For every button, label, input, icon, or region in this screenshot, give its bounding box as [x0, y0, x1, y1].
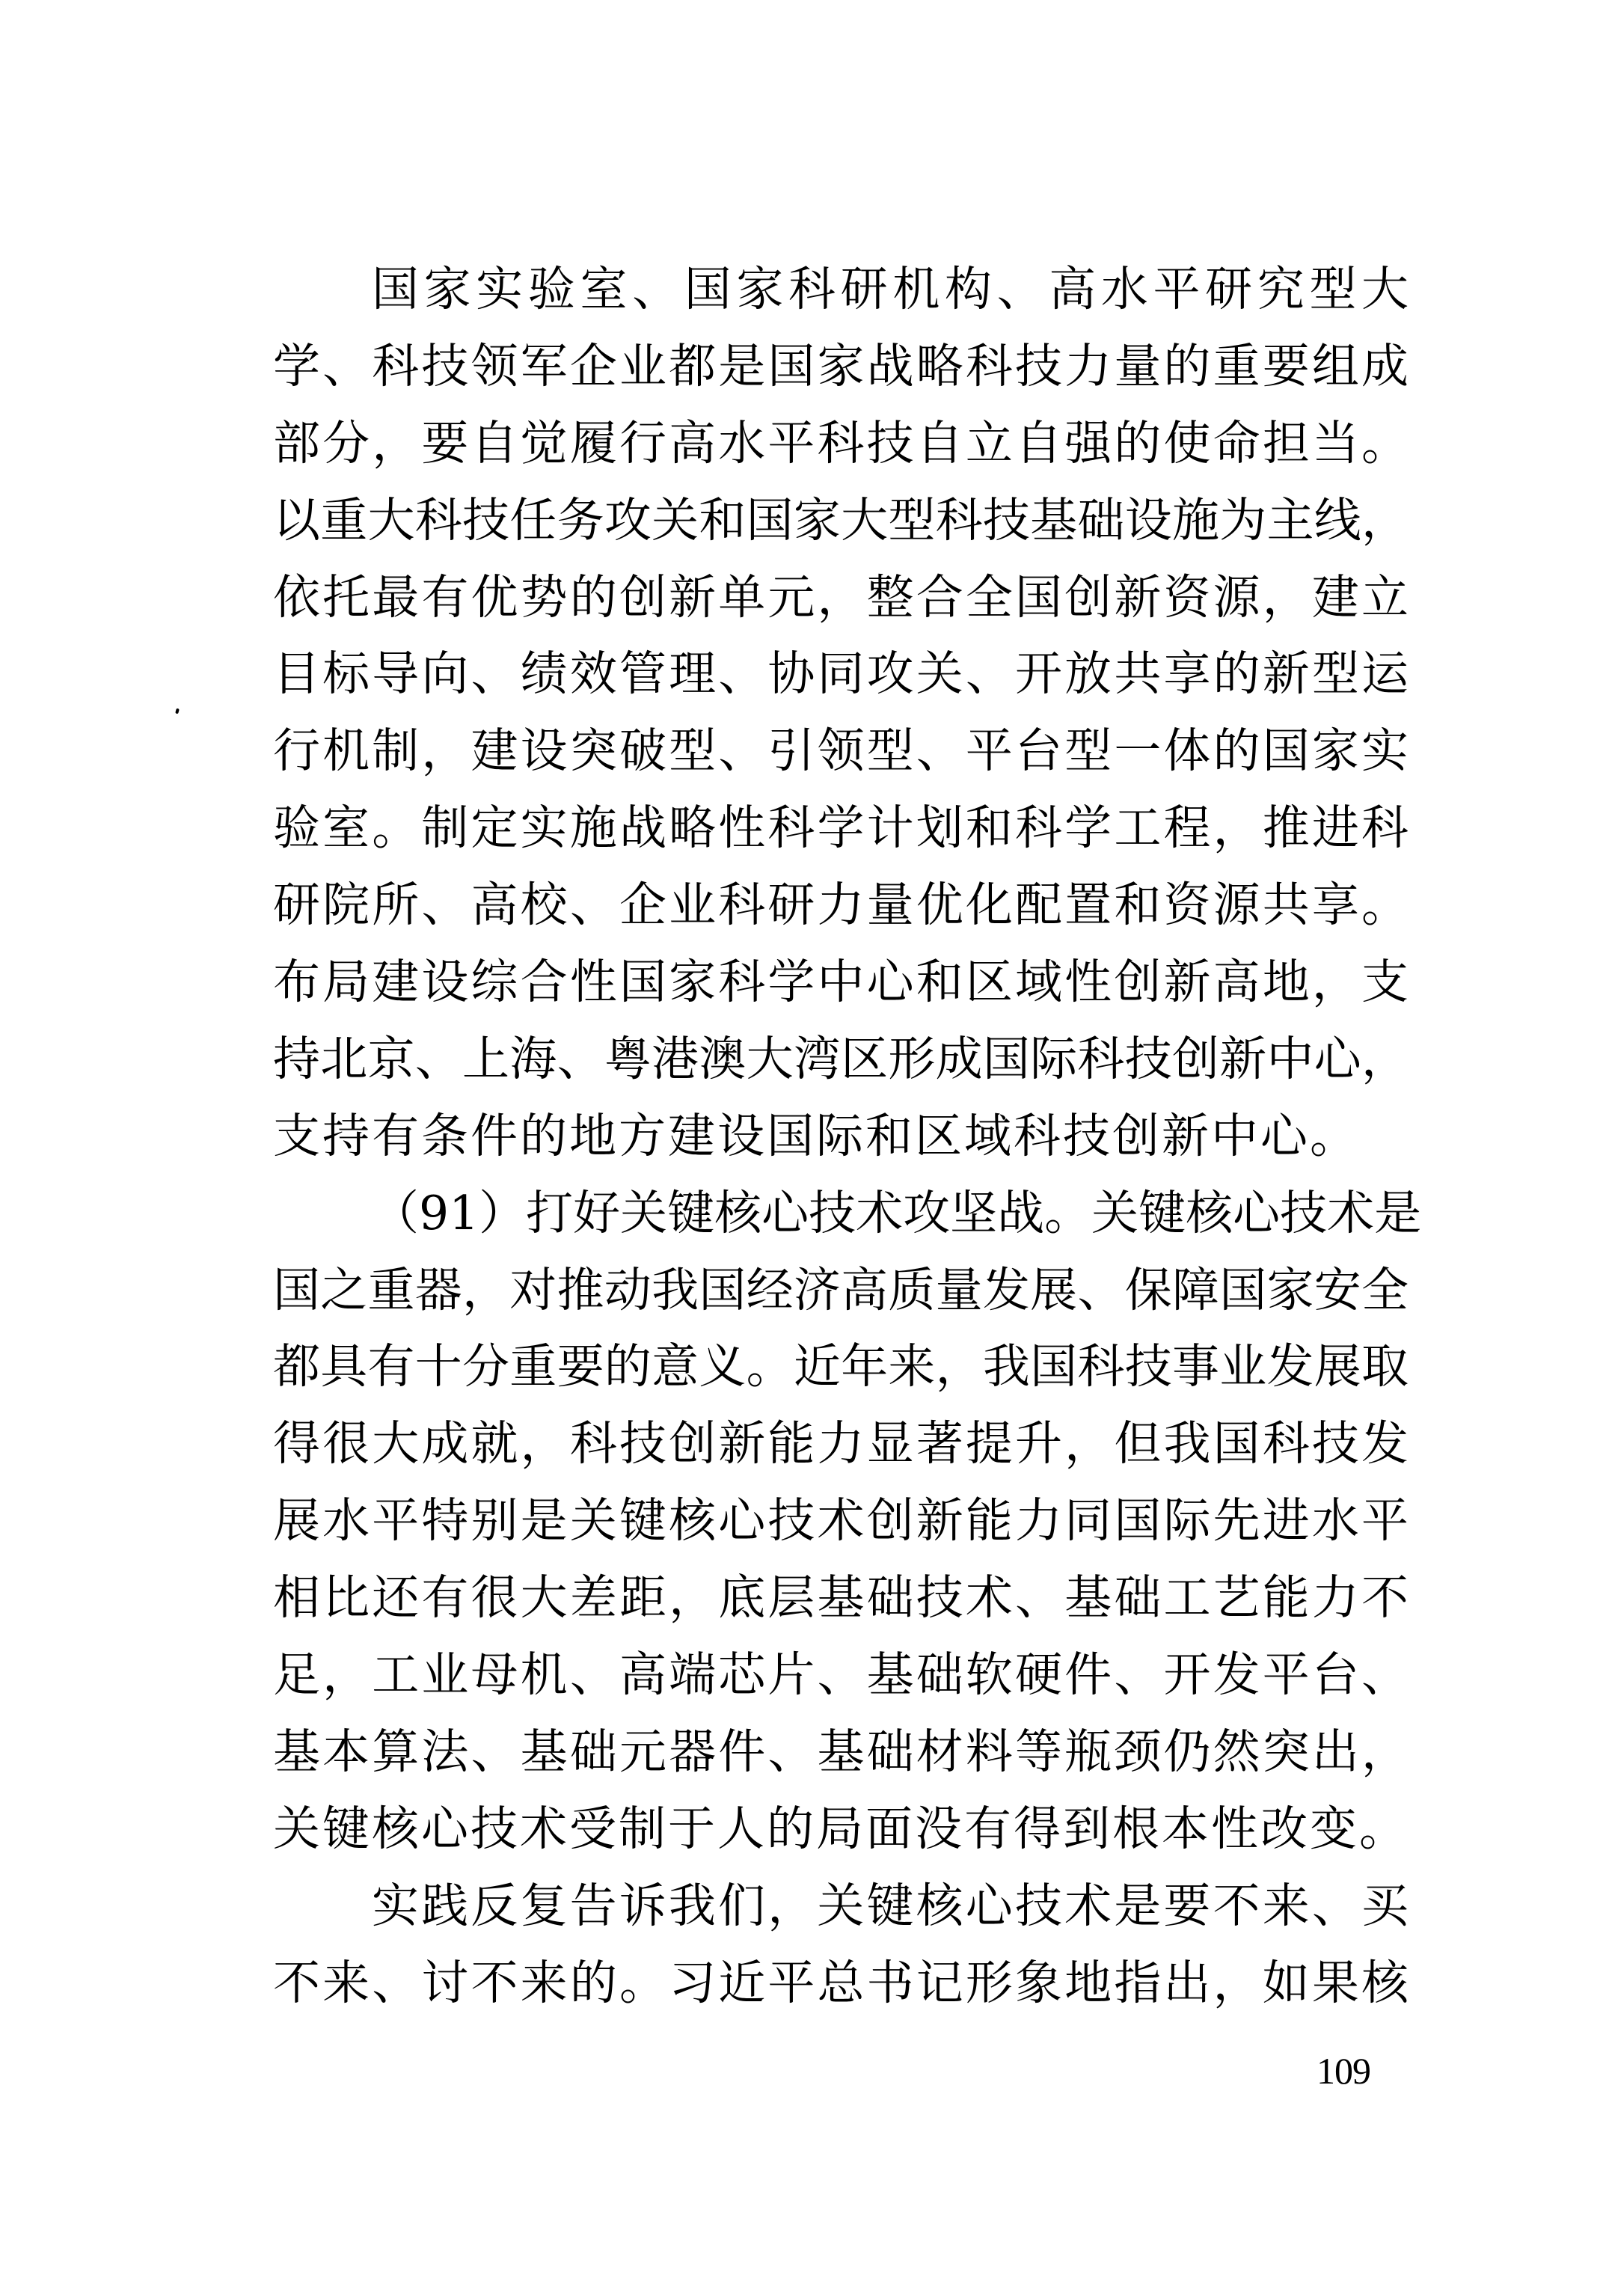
- text-line: 目标导向、绩效管理、协同攻关、开放共享的新型运: [273, 636, 1409, 713]
- text-line: 足，工业母机、高端芯片、基础软硬件、开发平台、: [273, 1637, 1409, 1714]
- text-line: 部分，要自觉履行高水平科技自立自强的使命担当。: [273, 405, 1409, 483]
- book-page: 国家实验室、国家科研机构、高水平研究型大 学、科技领军企业都是国家战略科技力量的…: [0, 0, 1600, 2296]
- text-line: 相比还有很大差距，底层基础技术、基础工艺能力不: [273, 1560, 1409, 1637]
- text-line: 关键核心技术受制于人的局面没有得到根本性改变。: [273, 1791, 1409, 1868]
- scan-speck: [175, 708, 180, 714]
- text-line: 研院所、高校、企业科研力量优化配置和资源共享。: [273, 867, 1409, 944]
- text-line: 学、科技领军企业都是国家战略科技力量的重要组成: [273, 328, 1409, 405]
- text-line: 国之重器，对推动我国经济高质量发展、保障国家安全: [273, 1252, 1409, 1329]
- text-line: 国家实验室、国家科研机构、高水平研究型大: [273, 251, 1409, 328]
- text-line: 持北京、上海、粤港澳大湾区形成国际科技创新中心，: [273, 1021, 1409, 1098]
- body-text: 国家实验室、国家科研机构、高水平研究型大 学、科技领军企业都是国家战略科技力量的…: [273, 251, 1409, 2021]
- text-line: 不来、讨不来的。习近平总书记形象地指出，如果核: [273, 1945, 1409, 2022]
- text-line: 支持有条件的地方建设国际和区域科技创新中心。: [273, 1098, 1409, 1175]
- text-line: 都具有十分重要的意义。近年来，我国科技事业发展取: [273, 1329, 1409, 1406]
- text-line: 验室。制定实施战略性科学计划和科学工程，推进科: [273, 790, 1409, 867]
- section-heading-line: （91）打好关键核心技术攻坚战。关键核心技术是: [273, 1175, 1409, 1252]
- text-line: 展水平特别是关键核心技术创新能力同国际先进水平: [273, 1483, 1409, 1560]
- text-line: 布局建设综合性国家科学中心和区域性创新高地，支: [273, 944, 1409, 1021]
- text-line: 实践反复告诉我们，关键核心技术是要不来、买: [273, 1868, 1409, 1945]
- text-line: 行机制，建设突破型、引领型、平台型一体的国家实: [273, 713, 1409, 790]
- text-line: 以重大科技任务攻关和国家大型科技基础设施为主线，: [273, 483, 1409, 560]
- page-number: 109: [1317, 2048, 1370, 2093]
- text-line: 得很大成就，科技创新能力显著提升，但我国科技发: [273, 1406, 1409, 1483]
- text-line: 基本算法、基础元器件、基础材料等瓶颈仍然突出，: [273, 1714, 1409, 1791]
- text-line: 依托最有优势的创新单元，整合全国创新资源，建立: [273, 560, 1409, 637]
